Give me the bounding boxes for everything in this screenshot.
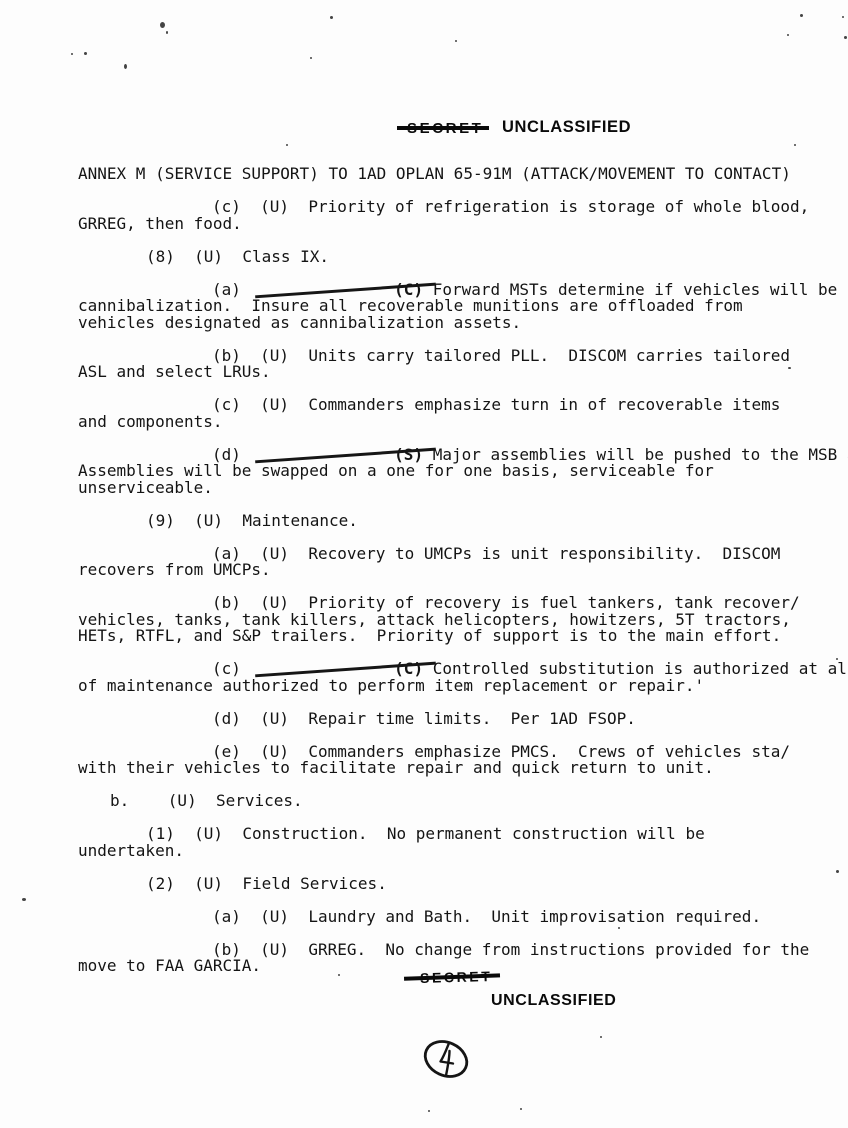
noise-speck (338, 974, 340, 976)
struck-classification-mark: (S) (260, 447, 423, 464)
noise-speck (600, 1036, 602, 1038)
noise-speck (428, 1110, 430, 1112)
noise-speck (166, 31, 168, 34)
noise-speck (455, 40, 457, 42)
paragraph-class-ix-d: (d) (S) Major assemblies will be pushed … (78, 447, 838, 497)
footer-secret-stamp: SECRET (420, 966, 493, 987)
annex-title: ANNEX M (SERVICE SUPPORT) TO 1AD OPLAN 6… (78, 166, 838, 183)
paragraph-text: Controlled substitution is authorized at… (78, 659, 848, 695)
document-page: SECRET UNCLASSIFIED ANNEX M (SERVICE SUP… (0, 0, 848, 1128)
noise-speck (310, 57, 312, 59)
paragraph-class-ix: (8) (U) Class IX. (78, 249, 838, 266)
paragraph-maintenance-d: (d) (U) Repair time limits. Per 1AD FSOP… (78, 711, 838, 728)
unclassified-label: UNCLASSIFIED (502, 118, 631, 136)
paragraph-maintenance: (9) (U) Maintenance. (78, 513, 838, 530)
struck-secret-label: SECRET (407, 120, 483, 137)
struck-classification-mark: (C) (260, 282, 423, 299)
noise-speck (787, 34, 789, 36)
paragraph-maintenance-c: (c) (C) Controlled substitution is autho… (78, 661, 838, 694)
paragraph-laundry-bath: (a) (U) Laundry and Bath. Unit improvisa… (78, 909, 838, 926)
noise-speck (836, 658, 838, 660)
noise-speck (124, 64, 127, 69)
footer-unclassified-stamp: UNCLASSIFIED (491, 990, 616, 1010)
struck-secret-label: SECRET (420, 968, 493, 986)
paragraph-maintenance-b: (b) (U) Priority of recovery is fuel tan… (78, 595, 838, 645)
struck-classification-mark: (C) (260, 661, 423, 678)
document-body: ANNEX M (SERVICE SUPPORT) TO 1AD OPLAN 6… (78, 166, 838, 991)
paragraph-class-ix-b: (b) (U) Units carry tailored PLL. DISCOM… (78, 348, 838, 381)
header-unclassified-stamp: UNCLASSIFIED (502, 117, 631, 137)
noise-speck (618, 927, 620, 929)
noise-speck (84, 52, 87, 55)
noise-speck (22, 898, 26, 901)
noise-speck (836, 870, 839, 873)
noise-speck (844, 36, 847, 39)
noise-speck (520, 1108, 522, 1110)
paragraph-class-ix-a: (a) (C) Forward MSTs determine if vehicl… (78, 282, 838, 332)
noise-speck (794, 144, 796, 146)
noise-speck (842, 16, 844, 18)
noise-speck (330, 16, 333, 19)
noise-speck (788, 367, 791, 369)
noise-speck (286, 144, 288, 146)
paragraph-field-services: (2) (U) Field Services. (78, 876, 838, 893)
noise-speck (71, 53, 73, 55)
paragraph-class-ix-c: (c) (U) Commanders emphasize turn in of … (78, 397, 838, 430)
noise-speck (800, 14, 803, 17)
paragraph-refrigeration: (c) (U) Priority of refrigeration is sto… (78, 199, 838, 232)
handwritten-page-number-circle (416, 1027, 476, 1093)
paragraph-text: Forward MSTs determine if vehicles will … (78, 280, 848, 332)
paragraph-services: b. (U) Services. (78, 793, 838, 810)
paragraph-maintenance-e: (e) (U) Commanders emphasize PMCS. Crews… (78, 744, 838, 777)
noise-speck (466, 688, 468, 690)
noise-speck (160, 22, 165, 28)
unclassified-label: UNCLASSIFIED (491, 992, 616, 1009)
paragraph-text: Major assemblies will be pushed to the M… (78, 445, 848, 497)
header-secret-stamp: SECRET (407, 118, 483, 137)
paragraph-construction: (1) (U) Construction. No permanent const… (78, 826, 838, 859)
paragraph-maintenance-a: (a) (U) Recovery to UMCPs is unit respon… (78, 546, 838, 579)
